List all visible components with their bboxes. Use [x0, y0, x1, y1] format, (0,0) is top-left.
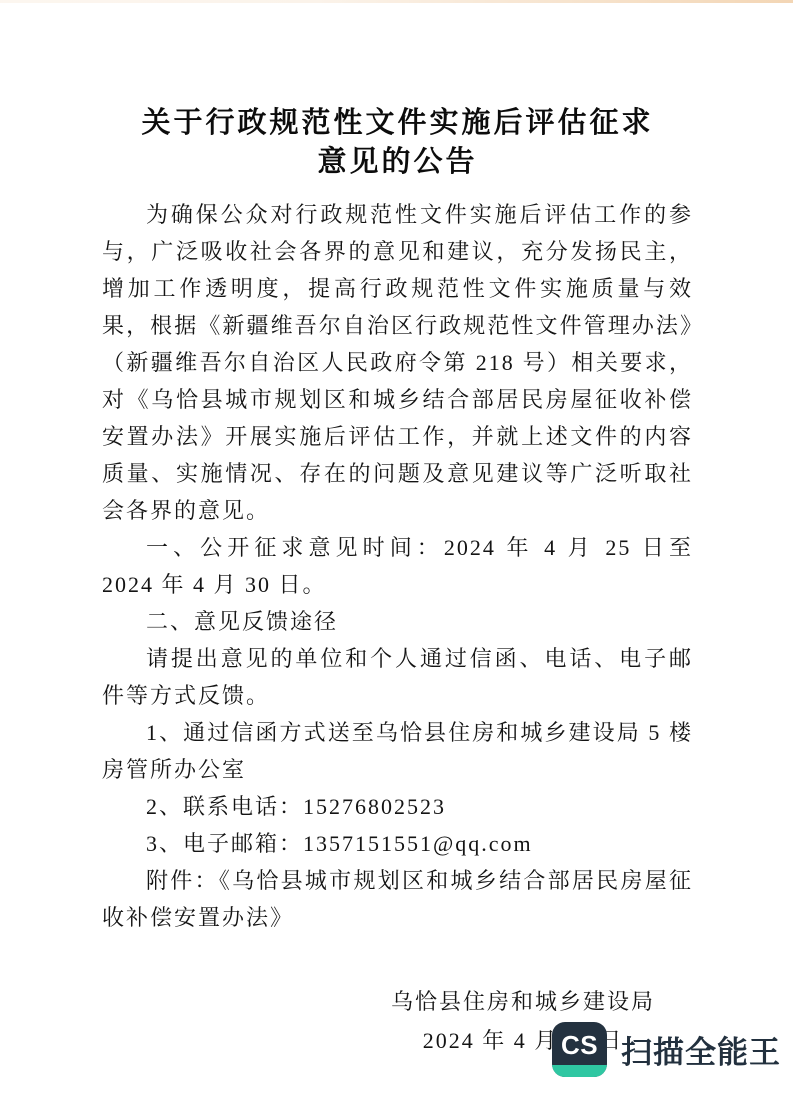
paragraph-time-period: 一、公开征求意见时间：2024 年 4 月 25 日至 2024 年 4 月 3…	[102, 529, 693, 603]
camscanner-icon: CS	[552, 1022, 607, 1077]
signature-org: 乌恰县住房和城乡建设局	[353, 982, 693, 1021]
paragraph-feedback-intro: 请提出意见的单位和个人通过信函、电话、电子邮件等方式反馈。	[102, 640, 693, 714]
cs-icon-strip	[552, 1065, 607, 1077]
paragraph-phone: 2、联系电话：15276802523	[102, 788, 693, 825]
camscanner-label: 扫描全能王	[621, 1027, 781, 1072]
title-line-2: 意见的公告	[102, 143, 693, 182]
paragraph-email: 3、电子邮箱：1357151551@qq.com	[102, 825, 693, 862]
paragraph-mail-address: 1、通过信函方式送至乌恰县住房和城乡建设局 5 楼房管所办公室	[102, 714, 693, 788]
scanned-document-page: 关于行政规范性文件实施后评估征求 意见的公告 为确保公众对行政规范性文件实施后评…	[0, 0, 793, 1106]
cs-icon-letters: CS	[561, 1030, 598, 1061]
camscanner-watermark: CS 扫描全能王	[552, 1022, 781, 1077]
paragraph-attachment: 附件：《乌恰县城市规划区和城乡结合部居民房屋征收补偿安置办法》	[102, 862, 693, 936]
paragraph-feedback-heading: 二、意见反馈途径	[102, 603, 693, 640]
paragraph-intro: 为确保公众对行政规范性文件实施后评估工作的参与，广泛吸收社会各界的意见和建议，充…	[102, 196, 693, 529]
title-line-1: 关于行政规范性文件实施后评估征求	[102, 104, 693, 143]
document-title: 关于行政规范性文件实施后评估征求 意见的公告	[102, 104, 693, 182]
document-body: 为确保公众对行政规范性文件实施后评估工作的参与，广泛吸收社会各界的意见和建议，充…	[102, 196, 693, 936]
